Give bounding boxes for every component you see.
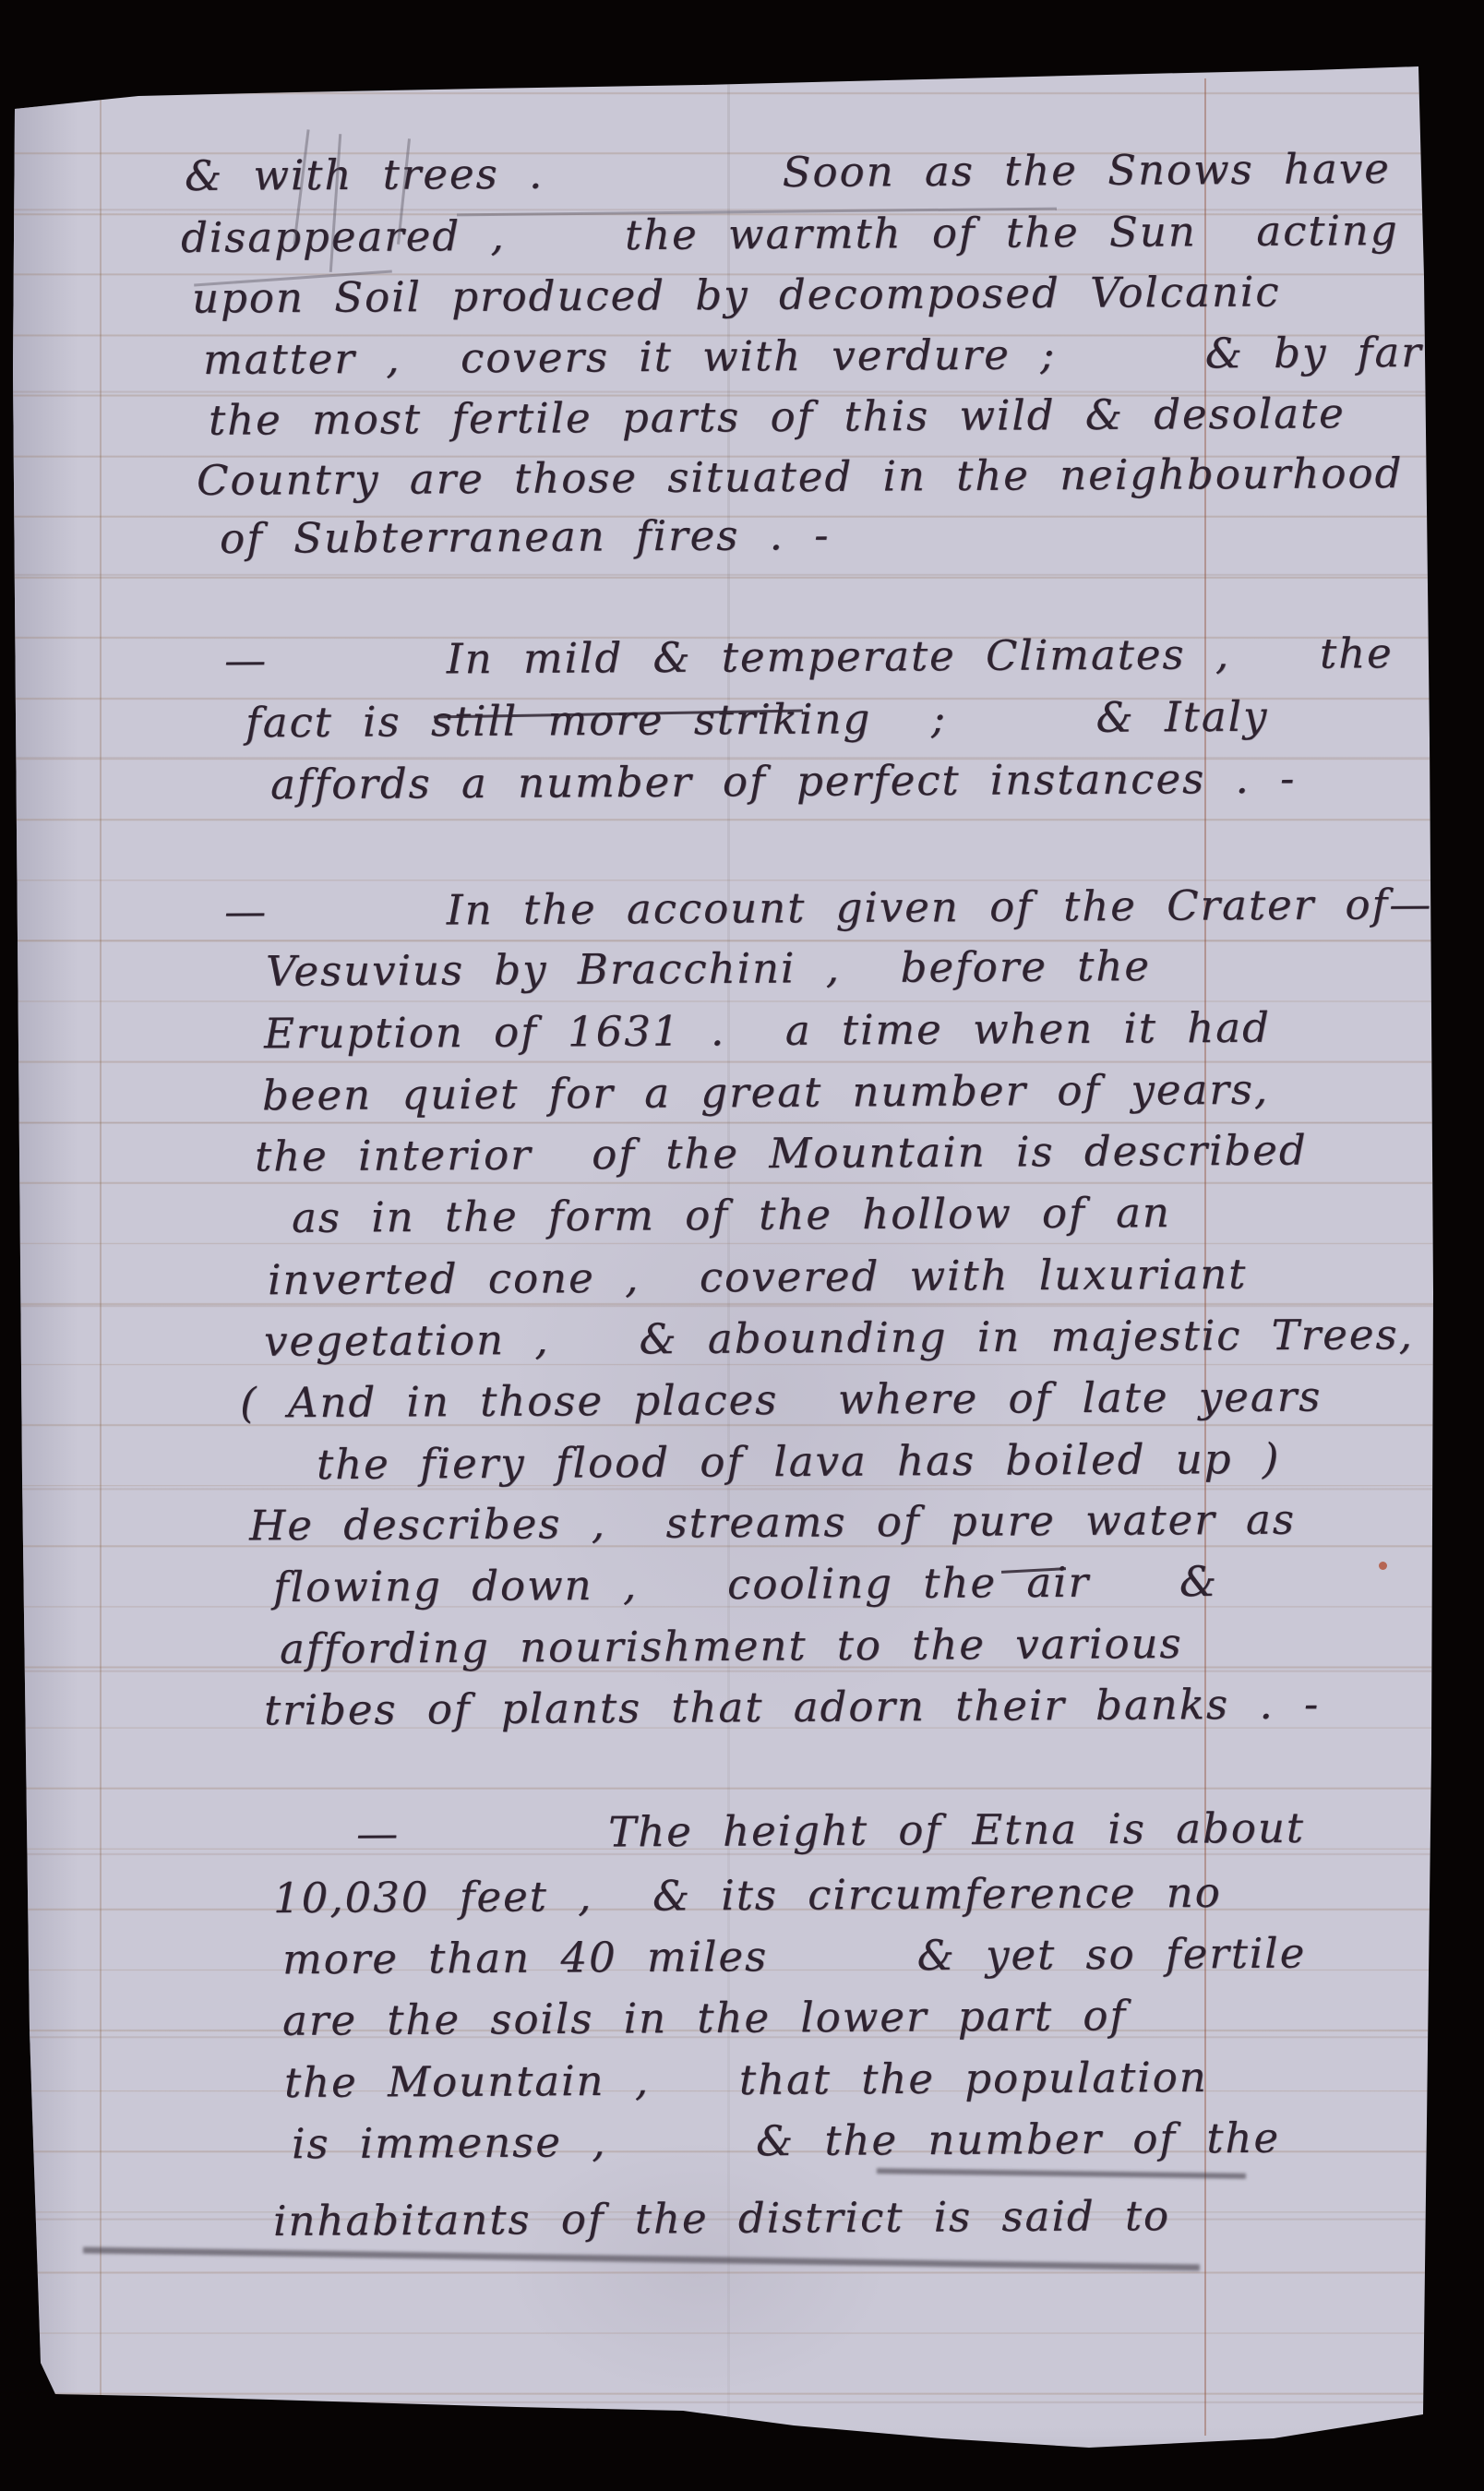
manuscript-line: ( And in those places where of late year…	[240, 1371, 1322, 1427]
manuscript-line: more than 40 miles & yet so fertile	[282, 1929, 1307, 1984]
manuscript-line: matter , covers it with verdure ; & by f…	[203, 328, 1423, 384]
manuscript-line: affording nourishment to the various	[280, 1619, 1183, 1673]
manuscript-line: Eruption of 1631 . a time when it had	[264, 1003, 1271, 1059]
manuscript-line: vegetation , & abounding in majestic Tre…	[264, 1310, 1414, 1366]
manuscript-line: He describes , streams of pure water as	[249, 1495, 1296, 1551]
manuscript-line: of Subterranean fires . -	[220, 510, 831, 563]
manuscript-line: inhabitants of the district is said to	[273, 2191, 1170, 2245]
manuscript-line: 10,030 feet , & its circumference no	[273, 1868, 1222, 1922]
manuscript-line: been quiet for a great number of years,	[262, 1065, 1269, 1120]
manuscript-line: is immense , & the number of the	[292, 2114, 1280, 2169]
manuscript-line: tribes of plants that adorn their banks …	[264, 1680, 1320, 1735]
manuscript-line: the interior of the Mountain is describe…	[255, 1126, 1308, 1181]
manuscript-line: — In mild & temperate Climates , the	[224, 629, 1394, 685]
red-ink-speck	[1379, 1562, 1387, 1570]
manuscript-line: the fiery flood of lava has boiled up )	[317, 1434, 1281, 1489]
graphite-smudge-underline	[83, 2246, 1200, 2270]
manuscript-line: affords a number of perfect instances . …	[270, 754, 1297, 809]
manuscript-line: flowing down , cooling the air &	[273, 1557, 1218, 1611]
manuscript-line: are the soils in the lower part of	[282, 1991, 1127, 2045]
graphite-smudge-underline	[877, 2168, 1246, 2179]
handwritten-text-layer: & with trees . Soon as the Snows have di…	[0, 0, 1484, 2491]
manuscript-line: as in the form of the hollow of an	[292, 1188, 1171, 1242]
manuscript-line: the Mountain , that the population	[284, 2053, 1208, 2107]
manuscript-line: upon Soil produced by decomposed Volcani…	[192, 267, 1281, 322]
manuscript-line: fact is still more striking ; & Italy	[245, 692, 1269, 748]
manuscript-line: — The height of Etna is about	[356, 1803, 1305, 1858]
manuscript-photo: & with trees . Soon as the Snows have di…	[0, 0, 1484, 2491]
manuscript-line: inverted cone , covered with luxuriant	[268, 1250, 1248, 1304]
manuscript-line: Vesuvius by Bracchini , before the	[266, 941, 1151, 996]
manuscript-line: — In the account given of the Crater of—	[224, 880, 1433, 936]
manuscript-line: disappeared , the warmth of the Sun acti…	[181, 206, 1399, 262]
manuscript-line: Country are those situated in the neighb…	[197, 449, 1404, 505]
manuscript-line: the most fertile parts of this wild & de…	[209, 389, 1346, 445]
manuscript-line: & with trees . Soon as the Snows have	[185, 144, 1391, 200]
